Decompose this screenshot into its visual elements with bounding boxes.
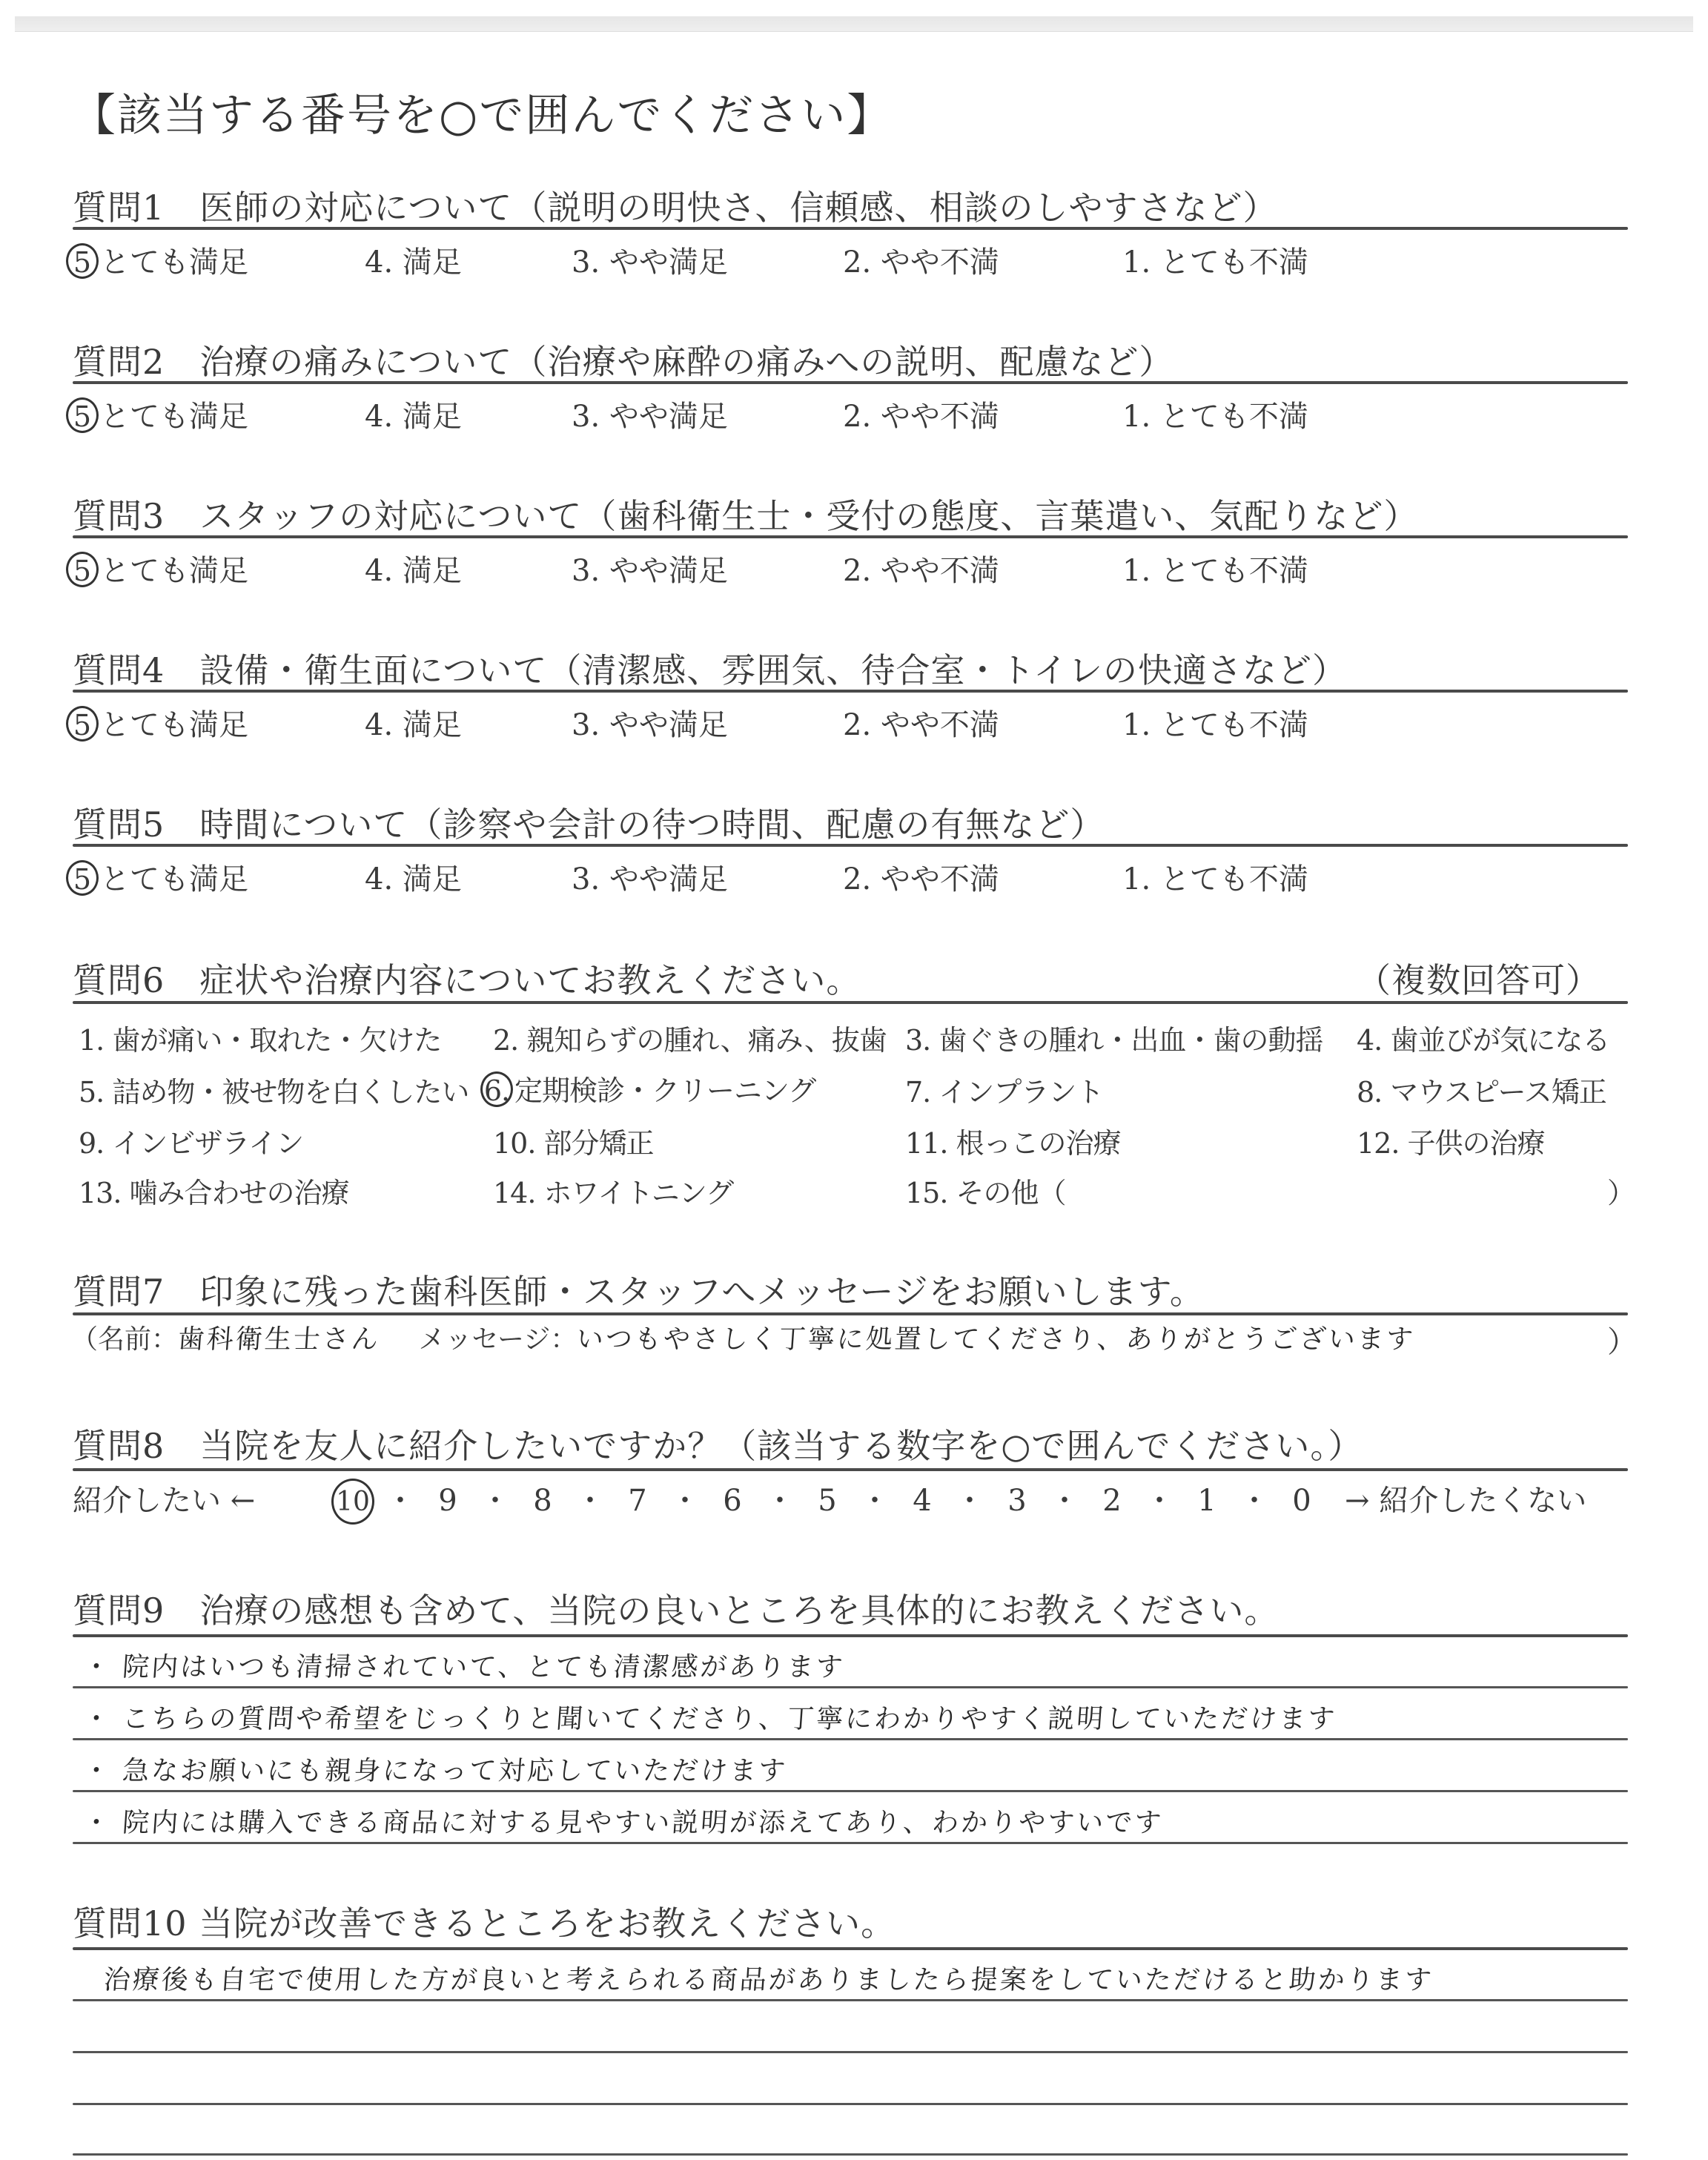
q6-option-15[interactable]: 15. その他（ bbox=[905, 1170, 1066, 1211]
q6-option-12[interactable]: 12. 子供の治療 bbox=[1357, 1120, 1545, 1161]
q4-option-2[interactable]: 2. やや不満 bbox=[843, 701, 999, 744]
q6-option-13[interactable]: 13. 噛み合わせの治療 bbox=[79, 1170, 349, 1211]
q8-right-label: → 紹介したくない bbox=[1345, 1477, 1586, 1519]
q5-rule bbox=[73, 844, 1628, 847]
q4-rule bbox=[73, 690, 1628, 693]
q6-option-10[interactable]: 10. 部分矯正 bbox=[493, 1120, 654, 1161]
q4-option-3[interactable]: 3. やや満足 bbox=[572, 701, 728, 744]
q9-answer-line-3[interactable]: ・ 急なお願いにも親身になって対応していただけます bbox=[82, 1750, 789, 1788]
selected-circle: 6. bbox=[480, 1071, 513, 1107]
q1-heading: 質問1 医師の対応について（説明の明快さ、信頼感、相談のしやすさなど） bbox=[73, 181, 1278, 230]
selected-circle: 5 bbox=[66, 706, 99, 742]
q3-rule bbox=[73, 535, 1628, 538]
q6-option-6[interactable]: 6.定期検診・クリーニング bbox=[480, 1068, 815, 1109]
q1-option-1[interactable]: 1. とても不満 bbox=[1122, 239, 1308, 281]
q9-answer-line-4[interactable]: ・ 院内には購入できる商品に対する見やすい説明が添えてあり、わかりやすいです bbox=[82, 1802, 1165, 1840]
q5-option-5[interactable]: 5とても満足 bbox=[66, 856, 248, 898]
q6-option-1[interactable]: 1. 歯が痛い・取れた・欠けた bbox=[79, 1017, 441, 1058]
q2-option-5[interactable]: 5とても満足 bbox=[66, 393, 248, 435]
q5-option-2[interactable]: 2. やや不満 bbox=[843, 856, 999, 898]
q8-score-10[interactable]: 10 bbox=[325, 1479, 381, 1525]
q10-line bbox=[73, 1999, 1628, 2001]
q8-score-3[interactable]: 3 bbox=[989, 1484, 1045, 1518]
q4-option-4[interactable]: 4. 満足 bbox=[365, 701, 462, 744]
q8-heading: 質問8 当院を友人に紹介したいですか？（該当する数字を○で囲んでください。） bbox=[73, 1419, 1363, 1468]
selected-circle: 10 bbox=[331, 1479, 374, 1525]
q6-option-14[interactable]: 14. ホワイトニング bbox=[493, 1170, 733, 1211]
q1-option-3[interactable]: 3. やや満足 bbox=[572, 239, 728, 281]
q10-rule bbox=[73, 1947, 1628, 1950]
q6-other-close-paren: ） bbox=[1607, 1170, 1635, 1211]
selected-circle: 5 bbox=[66, 243, 99, 279]
q8-score-6[interactable]: 6 bbox=[704, 1484, 761, 1518]
q5-option-4[interactable]: 4. 満足 bbox=[365, 856, 462, 898]
q6-option-4[interactable]: 4. 歯並びが気になる bbox=[1357, 1017, 1609, 1058]
q7-heading: 質問7 印象に残った歯科医師・スタッフへメッセージをお願いします。 bbox=[73, 1265, 1205, 1314]
q2-rule bbox=[73, 381, 1628, 384]
q6-option-3[interactable]: 3. 歯ぐきの腫れ・出血・歯の動揺 bbox=[905, 1017, 1323, 1058]
q6-option-11[interactable]: 11. 根っこの治療 bbox=[905, 1120, 1121, 1161]
q7-rule bbox=[73, 1312, 1628, 1315]
q9-line bbox=[73, 1686, 1628, 1688]
q6-option-5[interactable]: 5. 詰め物・被せ物を白くしたい bbox=[79, 1069, 469, 1110]
q3-option-5[interactable]: 5とても満足 bbox=[66, 547, 248, 589]
q5-heading: 質問5 時間について（診察や会計の待つ時間、配慮の有無など） bbox=[73, 798, 1105, 847]
q5-option-3[interactable]: 3. やや満足 bbox=[572, 856, 728, 898]
q2-option-4[interactable]: 4. 満足 bbox=[365, 393, 462, 435]
q4-heading: 質問4 設備・衛生面について（清潔感、雰囲気、待合室・トイレの快適さなど） bbox=[73, 644, 1347, 693]
q7-message-value[interactable]: いつもやさしく丁寧に処置してくださり、ありがとうございます bbox=[576, 1318, 1417, 1356]
q10-line bbox=[73, 2051, 1628, 2053]
q9-answer-line-2[interactable]: ・ こちらの質問や希望をじっくりと聞いてくださり、丁寧にわかりやすく説明していた… bbox=[82, 1698, 1338, 1736]
q3-option-1[interactable]: 1. とても不満 bbox=[1122, 547, 1308, 589]
q8-score-1[interactable]: 1 bbox=[1179, 1484, 1235, 1518]
q7-name-value[interactable]: 歯科衛生士さん bbox=[176, 1318, 382, 1356]
q6-option-9[interactable]: 9. インビザライン bbox=[79, 1120, 303, 1161]
selected-circle: 5 bbox=[66, 397, 99, 433]
q8-score-0[interactable]: 0 bbox=[1274, 1484, 1330, 1518]
q10-heading: 質問10 当院が改善できるところをお教えください。 bbox=[73, 1897, 896, 1946]
q7-close-paren: ） bbox=[1607, 1318, 1637, 1361]
q6-option-2[interactable]: 2. 親知らずの腫れ、痛み、抜歯 bbox=[493, 1017, 887, 1058]
q4-option-1[interactable]: 1. とても不満 bbox=[1122, 701, 1308, 744]
q6-option-8[interactable]: 8. マウスピース矯正 bbox=[1357, 1069, 1606, 1110]
q6-rule bbox=[73, 1001, 1628, 1004]
q1-option-2[interactable]: 2. やや不満 bbox=[843, 239, 999, 281]
q1-rule bbox=[73, 227, 1628, 230]
q8-scale: 紹介したい ←10・9・8・7・6・5・4・3・2・1・0→ 紹介したくない bbox=[73, 1477, 1586, 1525]
q5-option-1[interactable]: 1. とても不満 bbox=[1122, 856, 1308, 898]
q8-score-9[interactable]: 9 bbox=[420, 1484, 476, 1518]
q8-left-label: 紹介したい ← bbox=[73, 1477, 325, 1519]
page-title: 【該当する番号を○で囲んでください】 bbox=[71, 80, 893, 144]
q10-answer-line-1[interactable]: 治療後も自宅で使用した方が良いと考えられる商品がありましたら提案をしていただける… bbox=[102, 1959, 1435, 1997]
q2-option-2[interactable]: 2. やや不満 bbox=[843, 393, 999, 435]
q9-rule bbox=[73, 1634, 1628, 1637]
q3-option-2[interactable]: 2. やや不満 bbox=[843, 547, 999, 589]
q8-score-2[interactable]: 2 bbox=[1084, 1484, 1140, 1518]
selected-circle: 5 bbox=[66, 552, 99, 587]
q3-option-4[interactable]: 4. 満足 bbox=[365, 547, 462, 589]
q2-heading: 質問2 治療の痛みについて（治療や麻酔の痛みへの説明、配慮など） bbox=[73, 335, 1174, 384]
q9-heading: 質問9 治療の感想も含めて、当院の良いところを具体的にお教えください。 bbox=[73, 1584, 1279, 1633]
q2-option-3[interactable]: 3. やや満足 bbox=[572, 393, 728, 435]
q9-answer-line-1[interactable]: ・ 院内はいつも清掃されていて、とても清潔感があります bbox=[82, 1646, 846, 1684]
q8-score-4[interactable]: 4 bbox=[894, 1484, 950, 1518]
q8-score-8[interactable]: 8 bbox=[514, 1484, 571, 1518]
q6-heading: 質問6 症状や治療内容についてお教えください。 bbox=[73, 954, 861, 1003]
q10-line bbox=[73, 2103, 1628, 2105]
q1-option-5[interactable]: 5とても満足 bbox=[66, 239, 248, 281]
q8-rule bbox=[73, 1468, 1628, 1471]
q4-option-5[interactable]: 5とても満足 bbox=[66, 701, 248, 744]
q6-multiple-note: （複数回答可） bbox=[1357, 954, 1601, 1003]
q1-option-4[interactable]: 4. 満足 bbox=[365, 239, 462, 281]
q9-line bbox=[73, 1738, 1628, 1740]
scan-edge bbox=[15, 16, 1693, 32]
q6-option-7[interactable]: 7. インプラント bbox=[905, 1069, 1103, 1110]
q2-option-1[interactable]: 1. とても不満 bbox=[1122, 393, 1308, 435]
q3-heading: 質問3 スタッフの対応について（歯科衛生士・受付の態度、言葉遣い、気配りなど） bbox=[73, 489, 1418, 538]
q8-score-7[interactable]: 7 bbox=[609, 1484, 666, 1518]
q8-score-5[interactable]: 5 bbox=[799, 1484, 855, 1518]
q9-line bbox=[73, 1790, 1628, 1792]
q9-line bbox=[73, 1842, 1628, 1844]
selected-circle: 5 bbox=[66, 860, 99, 896]
q7-message-line: （名前：歯科衛生士さん メッセージ：いつもやさしく丁寧に処置してくださり、ありが… bbox=[71, 1318, 1415, 1356]
q10-line bbox=[73, 2153, 1628, 2156]
q3-option-3[interactable]: 3. やや満足 bbox=[572, 547, 728, 589]
